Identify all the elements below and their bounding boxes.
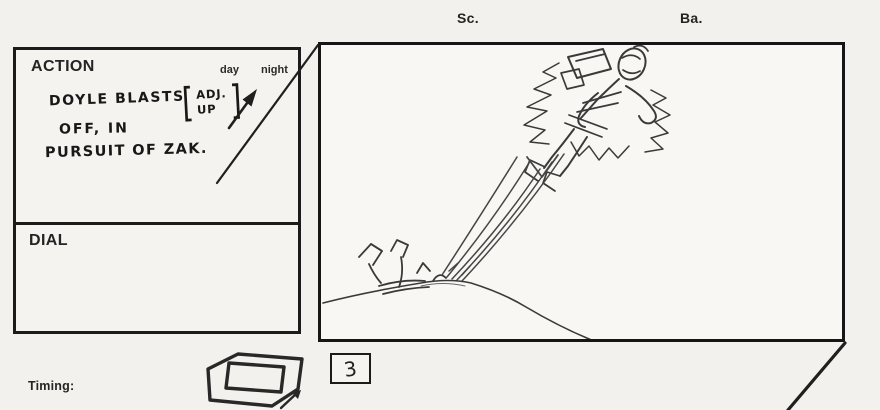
blast-spikes-sketch xyxy=(524,63,670,160)
panel-number-box: 3 xyxy=(330,353,371,384)
panel-corner-diagonal xyxy=(788,343,845,410)
adjust-label: ADJ. xyxy=(196,86,227,103)
handwritten-note-line3: PURSUIT OF ZAK. xyxy=(45,141,208,161)
action-title: ACTION xyxy=(31,58,95,76)
handwritten-note-line2: OFF, IN xyxy=(59,120,129,137)
background-label: Ba. xyxy=(680,10,703,26)
ground-line-sketch xyxy=(323,281,599,343)
storyboard-panel xyxy=(318,42,845,342)
bracket-open: [ xyxy=(181,84,195,123)
up-label: UP xyxy=(197,102,217,118)
handwritten-note-line1: DOYLE BLASTS xyxy=(49,89,185,110)
day-label: day xyxy=(220,64,239,76)
camera-box-sketch xyxy=(195,345,325,410)
jetpack-figure-sketch xyxy=(525,44,656,191)
scene-label: Sc. xyxy=(457,10,479,26)
adjust-up-note: [ ADJ. UP ] xyxy=(179,81,244,122)
panel-number: 3 xyxy=(343,356,359,382)
action-dial-box: ACTION day night DOYLE BLASTS [ ADJ. UP … xyxy=(13,47,301,334)
storyboard-sketch xyxy=(321,45,842,339)
night-label: night xyxy=(261,64,288,76)
rocket-exhaust-sketch xyxy=(442,154,564,281)
dial-title: DIAL xyxy=(29,232,68,250)
timing-label: Timing: xyxy=(28,379,74,393)
bracket-close: ] xyxy=(229,81,243,120)
action-dial-divider xyxy=(16,222,298,225)
